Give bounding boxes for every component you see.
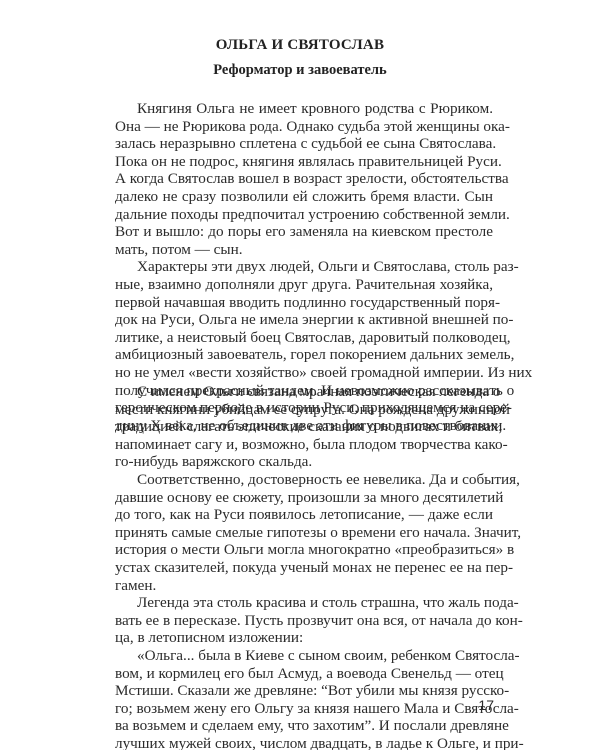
text-line: А когда Святослав вошел в возраст зрелос… (115, 170, 493, 188)
text-line: первой начавшая вводить подлинно государ… (115, 294, 493, 312)
chapter-title: ОЛЬГА И СВЯТОСЛАВ (0, 37, 600, 54)
text-line: Вот и вышло: до поры его заменяла на кие… (115, 223, 493, 241)
text-line: амбициозный завоеватель, горел покорение… (115, 346, 493, 364)
text-line: гамен. (115, 577, 493, 595)
text-line: принять самые смелые гипотезы о времени … (115, 524, 493, 542)
text-line: до того, как на Руси появилось летописан… (115, 506, 493, 524)
text-line: ные, взаимно дополняли друг друга. Рачит… (115, 276, 493, 294)
text-line: но не умел «вести хозяйство» своей грома… (115, 364, 493, 382)
page-number: 17 (472, 697, 494, 713)
text-line: давшие основу ее сюжету, произошли за мн… (115, 489, 493, 507)
text-line: С именем Ольги связана мрачная поэтическ… (115, 383, 493, 401)
text-line: ца, в летописном изложении: (115, 629, 493, 647)
text-line: Легенда эта столь красива и столь страшн… (115, 594, 493, 612)
text-line: напоминает сагу и, возможно, была плодом… (115, 436, 493, 454)
chapter-subtitle: Реформатор и завоеватель (0, 62, 600, 79)
text-line: го; возьмем жену его Ольгу за князя наше… (115, 700, 493, 718)
text-line: лучших мужей своих, числом двадцать, в л… (115, 735, 493, 750)
text-line: мать, потом — сын. (115, 241, 493, 259)
text-line: далеко не сразу позволили ей сложить бре… (115, 188, 493, 206)
book-page: ОЛЬГА И СВЯТОСЛАВ Реформатор и завоевате… (0, 0, 600, 750)
text-line: залась неразрывно сплетена с судьбой ее … (115, 135, 493, 153)
text-line: го-нибудь варяжского скальда. (115, 453, 493, 471)
text-line: Пока он не подрос, княгиня являлась прав… (115, 153, 493, 171)
text-line: Характеры эти двух людей, Ольги и Святос… (115, 258, 493, 276)
text-line: ва возьмем и сделаем ему, что захотим”. … (115, 717, 493, 735)
text-line: Она — не Рюрикова рода. Однако судьба эт… (115, 118, 493, 136)
text-line: дальние походы предпочитал устроению соб… (115, 206, 493, 224)
text-line: Соответственно, достоверность ее невелик… (115, 471, 493, 489)
text-line: Мстиши. Сказали же древляне: “Вот убили … (115, 682, 493, 700)
text-line: мести княгини убийцам ее супруга. Она ро… (115, 401, 493, 419)
text-line: Княгиня Ольга не имеет кровного родства … (115, 100, 493, 118)
text-line: док на Руси, Ольга не имела энергии к ак… (115, 311, 493, 329)
text-line: традицией слагать эпические сказания о п… (115, 418, 493, 436)
text-line: литике, а неистовый боец Святослав, даро… (115, 329, 493, 347)
text-line: вом, и кормилец его был Асмуд, а воевода… (115, 665, 493, 683)
text-line: устах сказителей, покуда ученый монах не… (115, 559, 493, 577)
section-legend: С именем Ольги связана мрачная поэтическ… (115, 383, 493, 750)
text-line: вать ее в пересказе. Пусть прозвучит она… (115, 612, 493, 630)
text-line: история о мести Ольги могла многократно … (115, 541, 493, 559)
text-line: «Ольга... была в Киеве с сыном своим, ре… (115, 647, 493, 665)
